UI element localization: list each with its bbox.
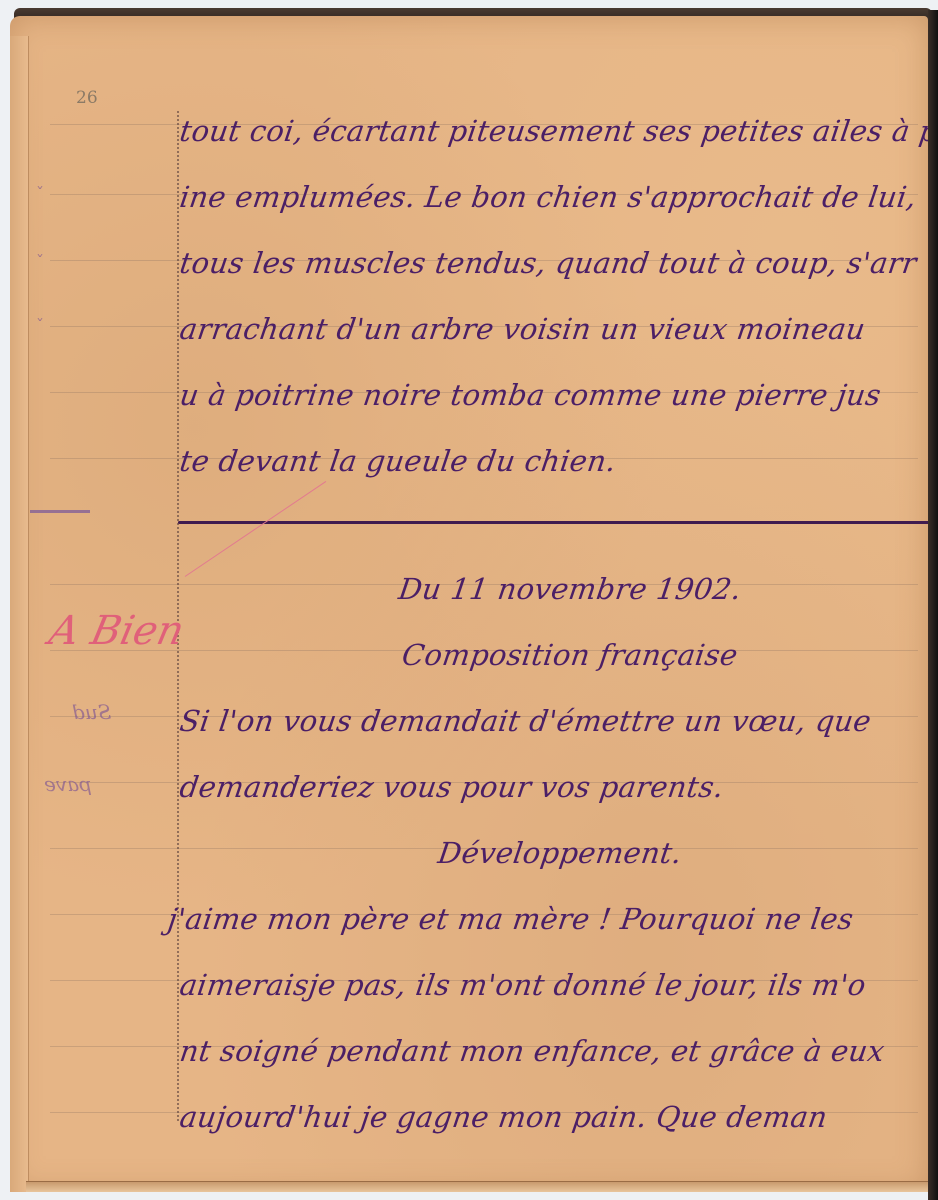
margin-tick-mark: ˇ xyxy=(36,252,44,271)
page-fold-left xyxy=(10,36,29,1192)
margin-rule-stroke xyxy=(30,510,90,513)
margin-tick-mark: ˇ xyxy=(36,316,44,335)
body-line: j'aime mon père et ma mère ! Pourquoi ne… xyxy=(166,902,856,936)
body-line: aujourd'hui je gagne mon pain. Que deman xyxy=(178,1100,830,1134)
composition-date: Du 11 novembre 1902. xyxy=(308,572,833,606)
bleedthrough-text: Sud xyxy=(72,700,111,724)
handwritten-line: te devant la gueule du chien. xyxy=(178,444,619,478)
page-bottom-edge xyxy=(26,1181,928,1192)
composition-title: Composition française xyxy=(308,638,833,672)
section-divider xyxy=(178,521,928,524)
prompt-line: Si l'on vous demandait d'émettre un vœu,… xyxy=(178,704,874,738)
bleedthrough-text: pave xyxy=(44,772,92,796)
body-line: aimeraisje pas, ils m'ont donné le jour,… xyxy=(178,968,869,1002)
page-number: 26 xyxy=(76,88,98,108)
handwritten-line: tout coi, écartant piteusement ses petit… xyxy=(178,114,928,148)
handwritten-line: u à poitrine noire tomba comme une pierr… xyxy=(178,378,884,412)
teacher-grade-mark: A Bien xyxy=(45,608,188,654)
body-line: nt soigné pendant mon enfance, et grâce … xyxy=(178,1034,887,1068)
subheading: Développement. xyxy=(328,836,793,870)
prompt-line: demanderiez vous pour vos parents. xyxy=(178,770,726,804)
notebook-page: 26 tout coi, écartant piteusement ses pe… xyxy=(10,16,928,1192)
margin-tick-mark: ˇ xyxy=(36,184,44,203)
notebook-cover-edge xyxy=(928,10,938,1200)
teacher-red-stroke xyxy=(185,481,326,577)
handwritten-line: ine emplumées. Le bon chien s'approchait… xyxy=(178,180,919,214)
handwritten-line: arrachant d'un arbre voisin un vieux moi… xyxy=(178,312,868,346)
handwritten-line: tous les muscles tendus, quand tout à co… xyxy=(178,246,919,280)
